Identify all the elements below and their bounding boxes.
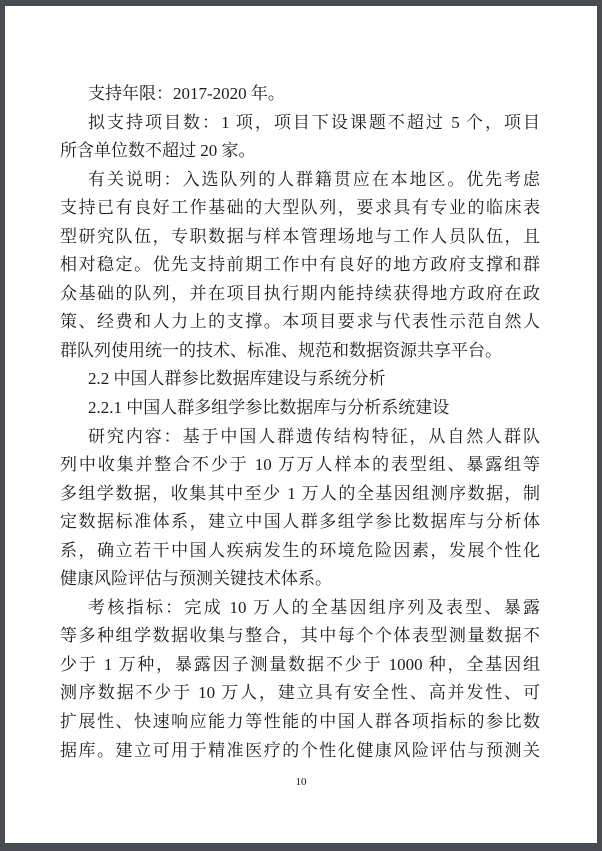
text-line: 考核指标：完成 10 万人的全基因组序列及表型、暴露 [60, 594, 540, 623]
text-line: 有关说明：入选队列的人群籍贯应在本地区。优先考虑 [60, 166, 540, 195]
text-line: 定数据标准体系，建立中国人群多组学参比数据库与分析体 [60, 508, 540, 537]
text-line: 健康风险评估与预测关键技术体系。 [60, 565, 540, 594]
text-line: 策、经费和人力上的支撑。本项目要求与代表性示范自然人 [60, 308, 540, 337]
text-line: 研究内容：基于中国人群遗传结构特征，从自然人群队 [60, 423, 540, 452]
text-line: 所含单位数不超过 20 家。 [60, 137, 540, 166]
text-line: 拟支持项目数：1 项，项目下设课题不超过 5 个，项目 [60, 109, 540, 138]
viewer-background: { "viewer": { "background_color": "#484c… [0, 0, 602, 851]
text-line: 型研究队伍，专职数据与样本管理场地与工作人员队伍，且 [60, 223, 540, 252]
page-number: 10 [5, 776, 597, 788]
text-line: 等多种组学数据收集与整合，其中每个个体表型测量数据不 [60, 622, 540, 651]
text-line: 2.2 中国人群参比数据库建设与系统分析 [60, 365, 540, 394]
text-line: 据库。建立可用于精准医疗的个性化健康风险评估与预测关 [60, 737, 540, 766]
text-line: 列中收集并整合不少于 10 万万人样本的表型组、暴露组等 [60, 451, 540, 480]
text-line: 少于 1 万种，暴露因子测量数据不少于 1000 种，全基因组 [60, 651, 540, 680]
text-line: 扩展性、快速响应能力等性能的中国人群各项指标的参比数 [60, 708, 540, 737]
text-line: 多组学数据，收集其中至少 1 万人的全基因组测序数据，制 [60, 480, 540, 509]
document-page: 支持年限：2017-2020 年。拟支持项目数：1 项，项目下设课题不超过 5 … [5, 6, 597, 843]
text-line: 测序数据不少于 10 万人，建立具有安全性、高并发性、可 [60, 679, 540, 708]
text-line: 支持年限：2017-2020 年。 [60, 80, 540, 109]
text-line: 相对稳定。优先支持前期工作中有良好的地方政府支撑和群 [60, 251, 540, 280]
document-text: 支持年限：2017-2020 年。拟支持项目数：1 项，项目下设课题不超过 5 … [60, 80, 540, 765]
text-line: 支持已有良好工作基础的大型队列，要求具有专业的临床表 [60, 194, 540, 223]
text-line: 2.2.1 中国人群多组学参比数据库与分析系统建设 [60, 394, 540, 423]
text-line: 众基础的队列，并在项目执行期内能持续获得地方政府在政 [60, 280, 540, 309]
text-line: 群队列使用统一的技术、标准、规范和数据资源共享平台。 [60, 337, 540, 366]
text-line: 系，确立若干中国人疾病发生的环境危险因素，发展个性化 [60, 537, 540, 566]
